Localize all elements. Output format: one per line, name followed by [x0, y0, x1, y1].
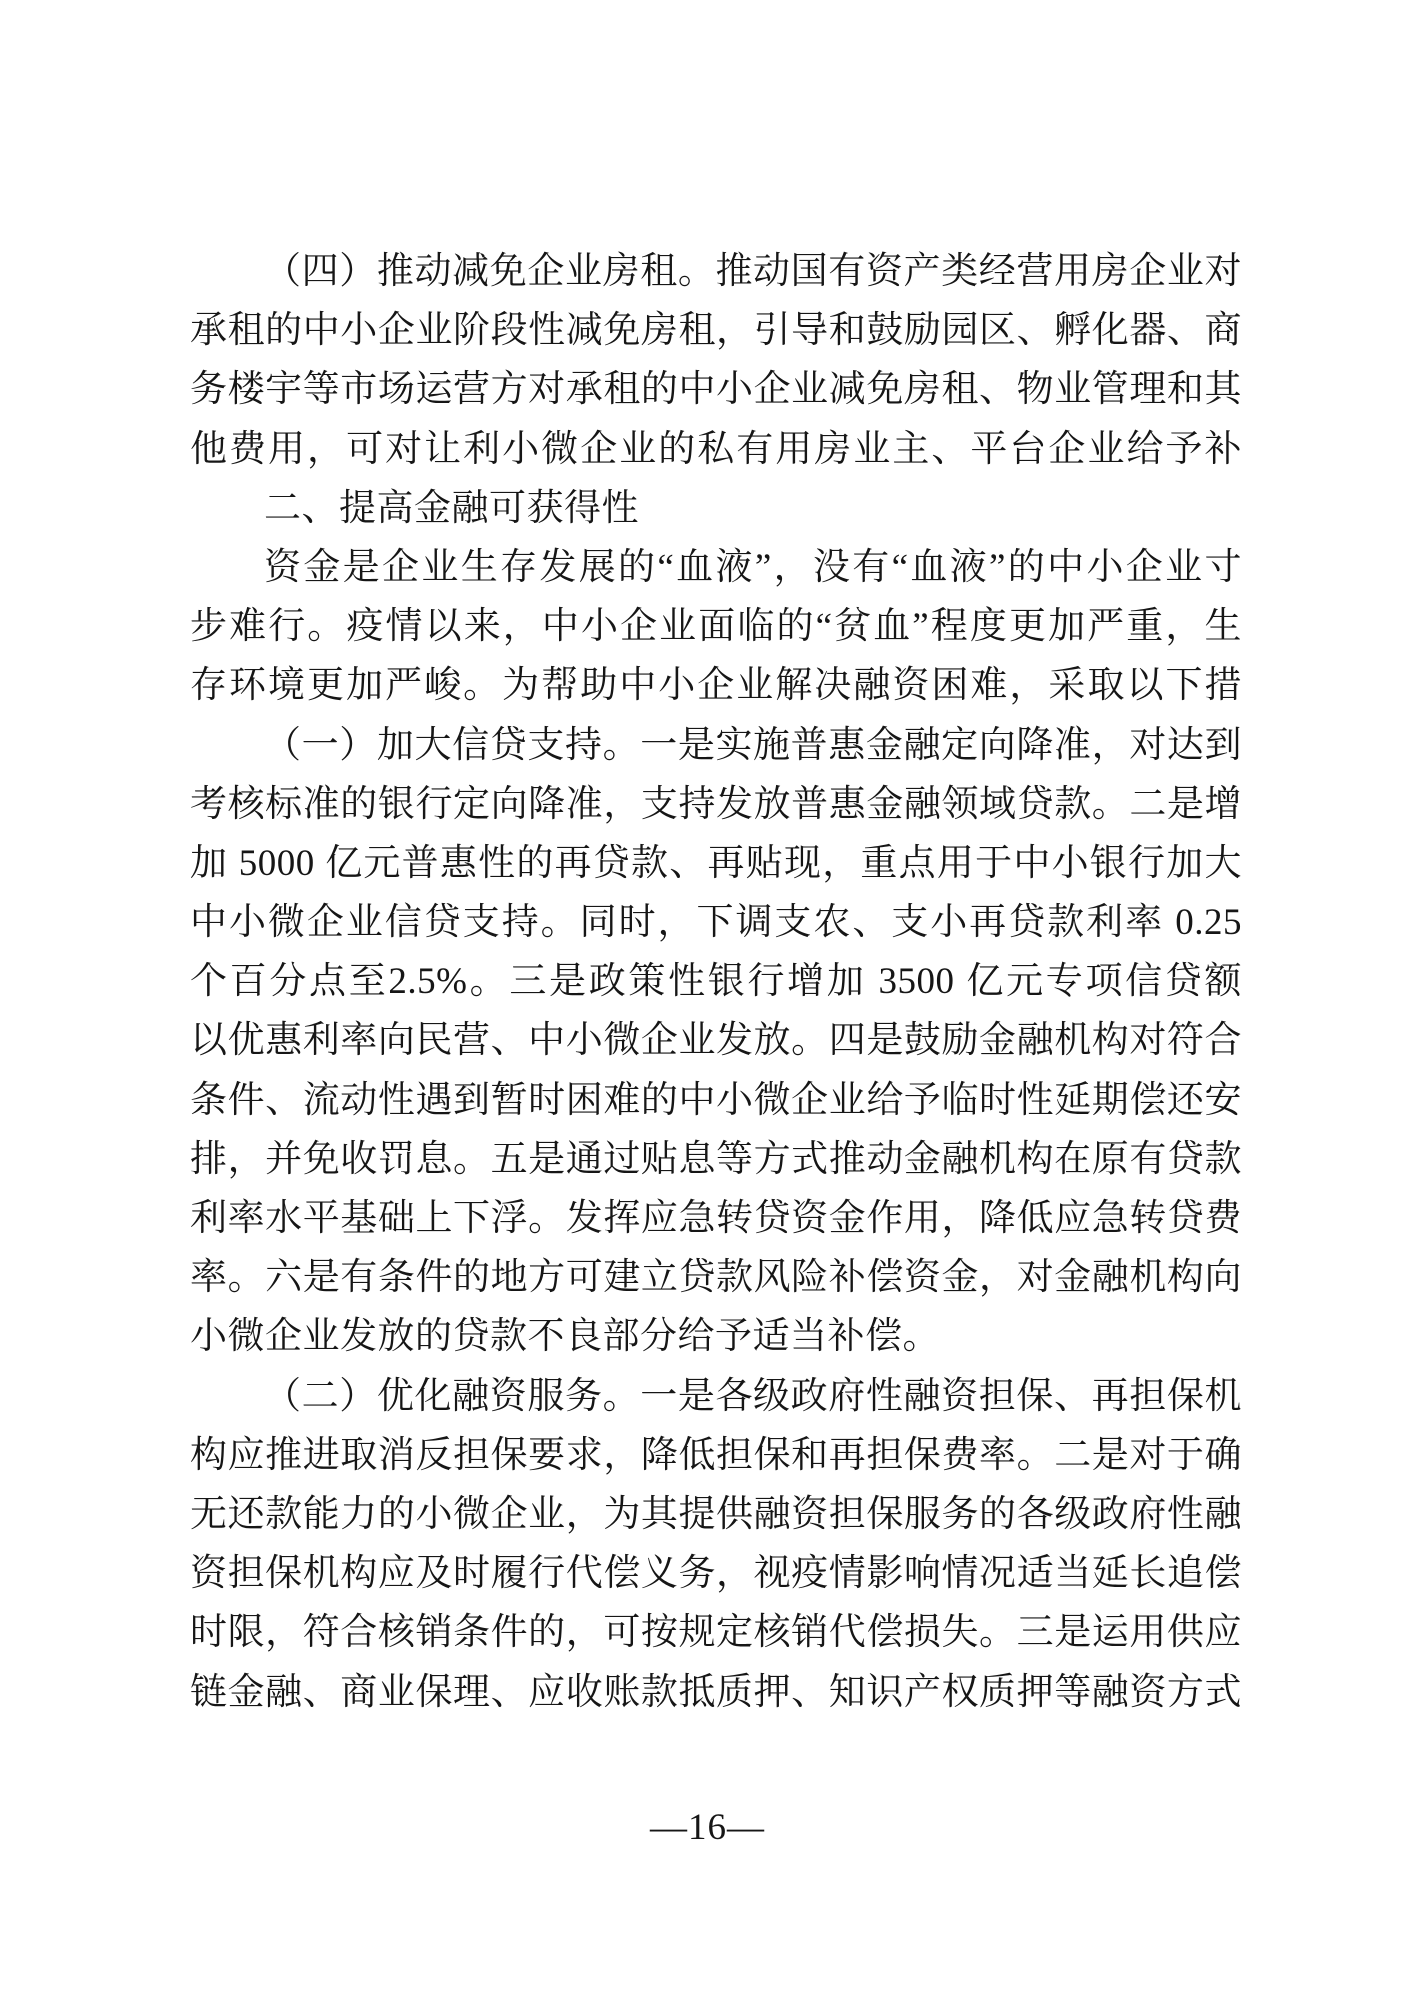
text-line: 务楼宇等市场运营方对承租的中小企业减免房租、物业管理和其 [190, 360, 1242, 419]
text-line: 率。六是有条件的地方可建立贷款风险补偿资金，对金融机构向 [190, 1248, 1242, 1307]
text-line: 二、提高金融可获得性 [190, 479, 1242, 538]
document-page: （四）推动减免企业房租。推动国有资产类经营用房企业对承租的中小企业阶段性减免房租… [0, 0, 1415, 2000]
text-line: 以优惠利率向民营、中小微企业发放。四是鼓励金融机构对符合 [190, 1011, 1242, 1070]
page-number: —16— [0, 1806, 1415, 1850]
text-line: 构应推进取消反担保要求，降低担保和再担保费率。二是对于确 [190, 1426, 1242, 1485]
text-line: （一）加大信贷支持。一是实施普惠金融定向降准，对达到 [190, 716, 1242, 775]
text-line: 链金融、商业保理、应收账款抵质押、知识产权质押等融资方式 [190, 1663, 1242, 1722]
text-line: 资金是企业生存发展的“血液”，没有“血液”的中小企业寸 [190, 538, 1242, 597]
text-line: （二）优化融资服务。一是各级政府性融资担保、再担保机 [190, 1367, 1242, 1426]
text-line: 他费用，可对让利小微企业的私有用房业主、平台企业给予补贴。 [190, 420, 1242, 479]
text-line: 步难行。疫情以来，中小企业面临的“贫血”程度更加严重，生 [190, 597, 1242, 656]
text-line: 个百分点至2.5%。三是政策性银行增加 3500 亿元专项信贷额度， [190, 952, 1242, 1011]
text-line: 存环境更加严峻。为帮助中小企业解决融资困难，采取以下措施： [190, 656, 1242, 715]
text-line: 排，并免收罚息。五是通过贴息等方式推动金融机构在原有贷款 [190, 1130, 1242, 1189]
document-body: （四）推动减免企业房租。推动国有资产类经营用房企业对承租的中小企业阶段性减免房租… [190, 242, 1242, 1722]
text-line: 中小微企业信贷支持。同时，下调支农、支小再贷款利率 0.25 [190, 893, 1242, 952]
text-line: 承租的中小企业阶段性减免房租，引导和鼓励园区、孵化器、商 [190, 301, 1242, 360]
text-line: 利率水平基础上下浮。发挥应急转贷资金作用，降低应急转贷费 [190, 1189, 1242, 1248]
text-line: 小微企业发放的贷款不良部分给予适当补偿。 [190, 1307, 1242, 1366]
text-line: 条件、流动性遇到暂时困难的中小微企业给予临时性延期偿还安 [190, 1071, 1242, 1130]
text-line: 考核标准的银行定向降准，支持发放普惠金融领域贷款。二是增 [190, 775, 1242, 834]
text-line: 时限，符合核销条件的，可按规定核销代偿损失。三是运用供应 [190, 1603, 1242, 1662]
text-line: 加 5000 亿元普惠性的再贷款、再贴现，重点用于中小银行加大对 [190, 834, 1242, 893]
text-line: （四）推动减免企业房租。推动国有资产类经营用房企业对 [190, 242, 1242, 301]
text-line: 资担保机构应及时履行代偿义务，视疫情影响情况适当延长追偿 [190, 1544, 1242, 1603]
text-line: 无还款能力的小微企业，为其提供融资担保服务的各级政府性融 [190, 1485, 1242, 1544]
